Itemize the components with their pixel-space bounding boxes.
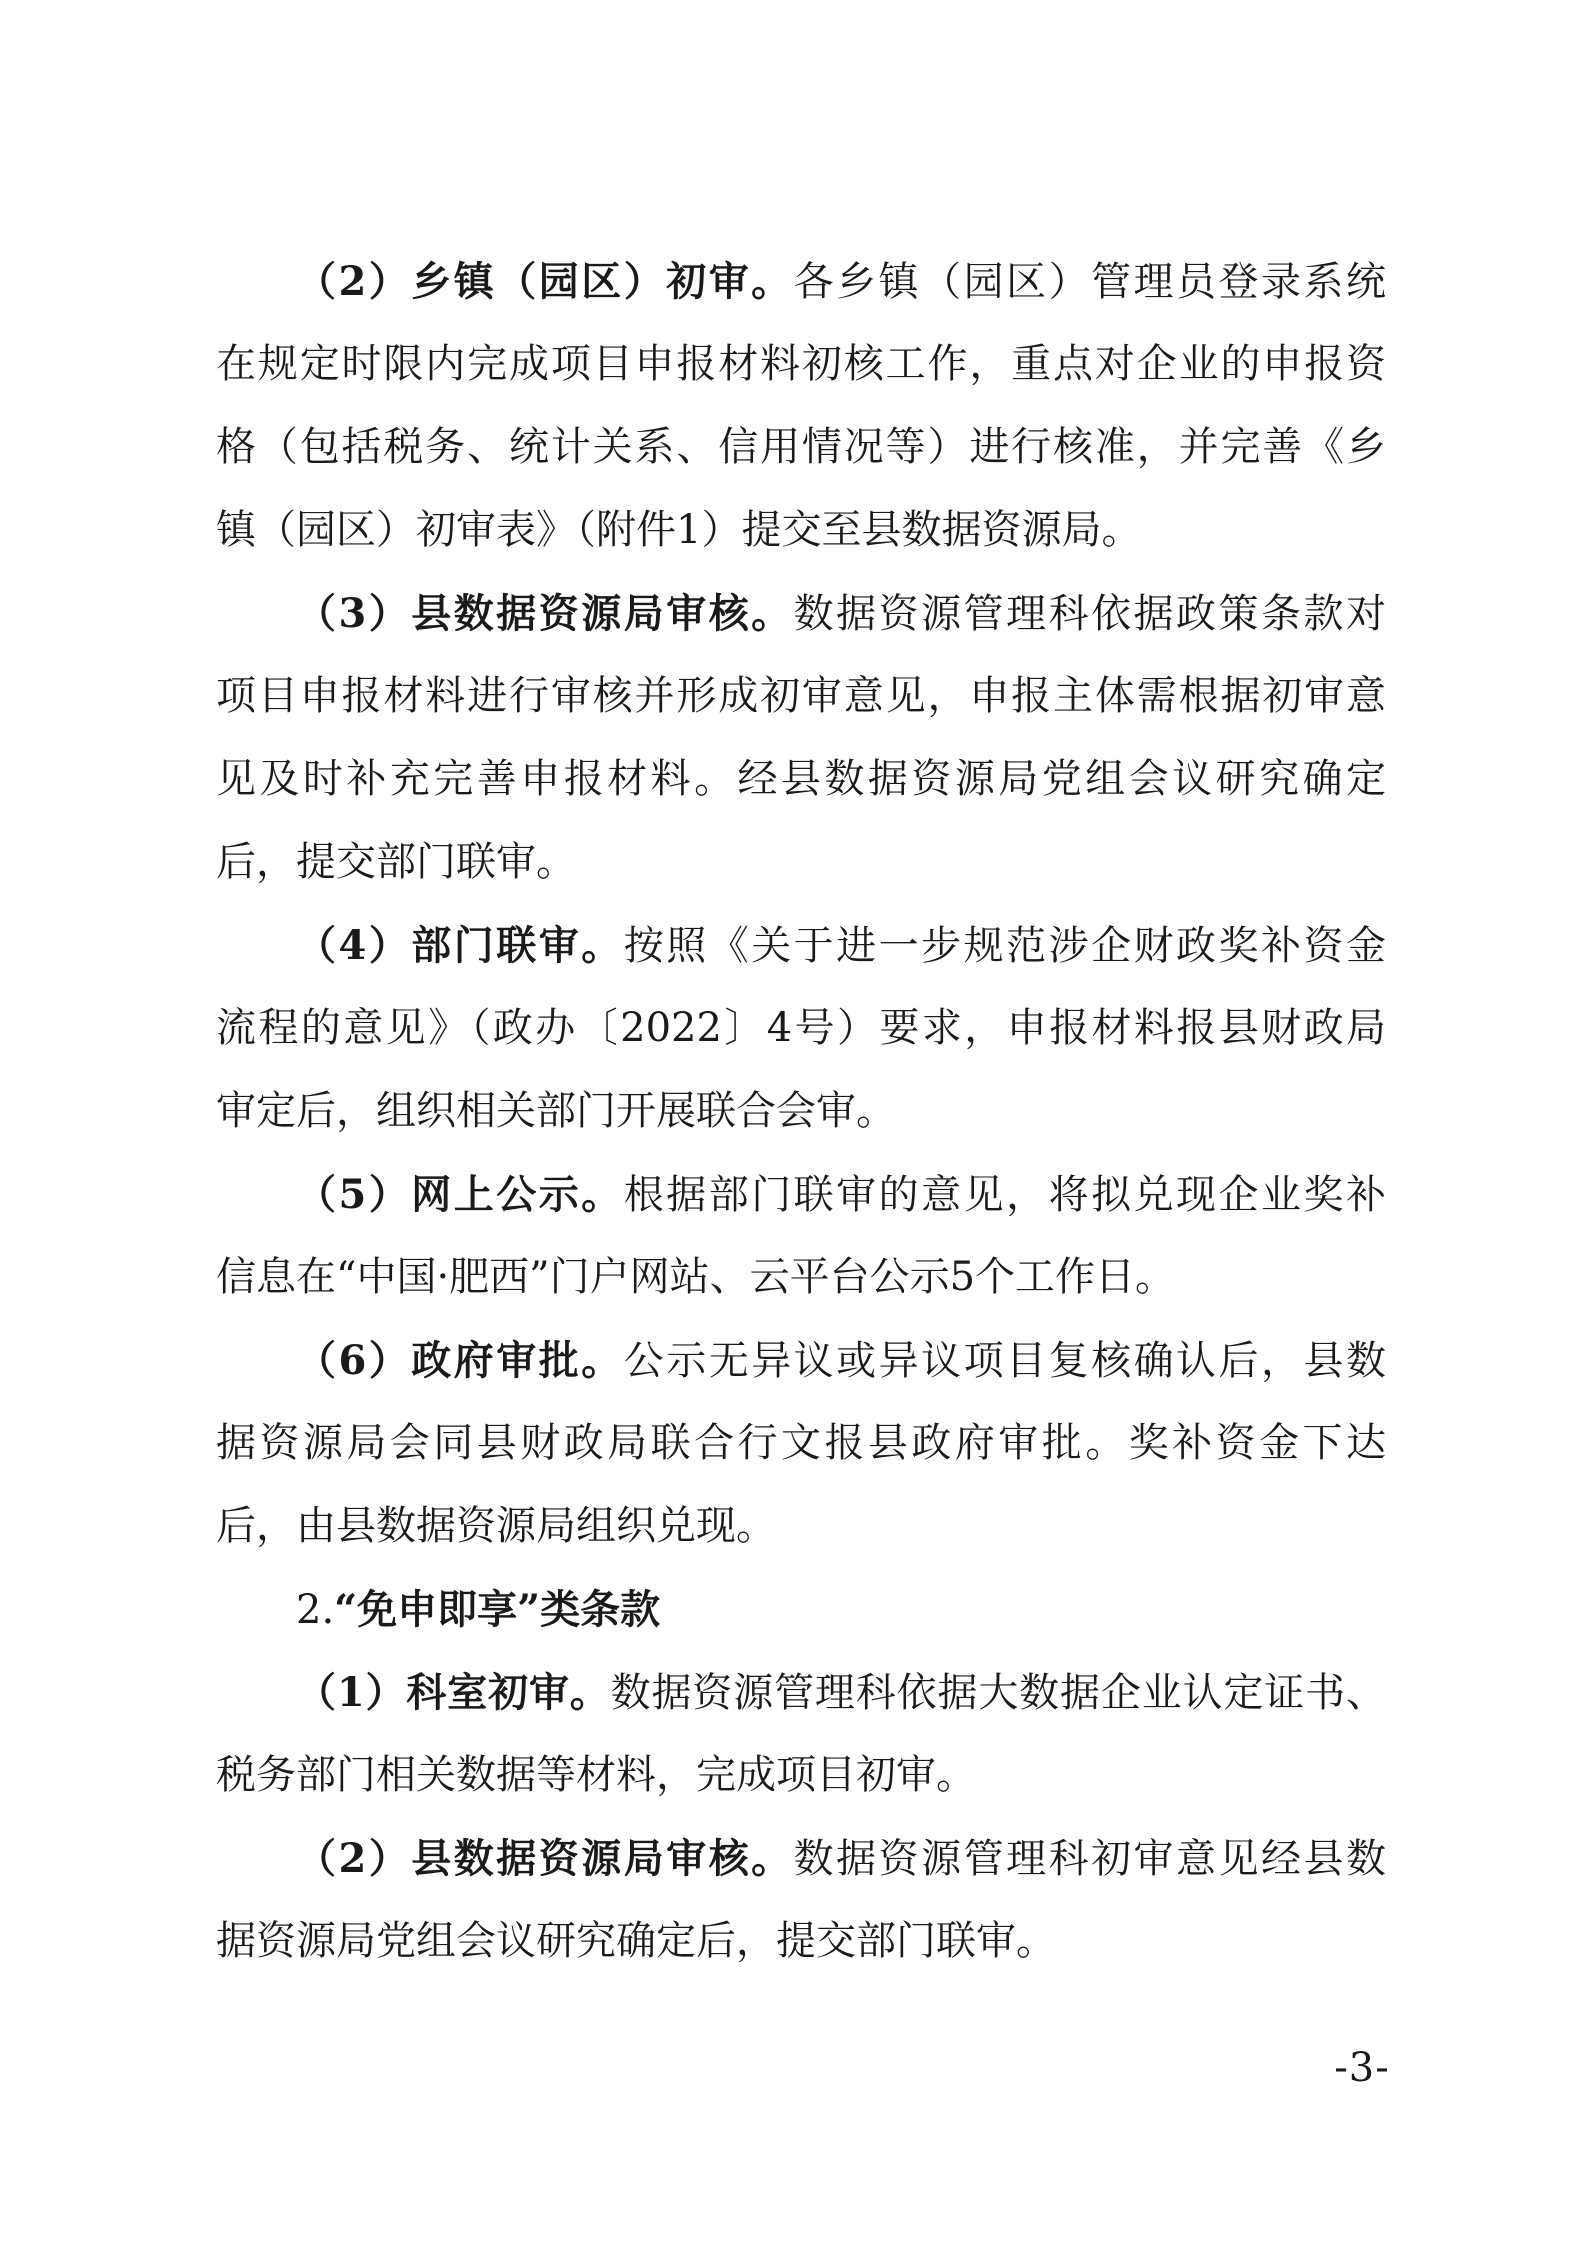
text-line: 在规定时限内完成项目申报材料初核工作，重点对企业的申报资 — [216, 323, 1386, 406]
text-line: （6）政府审批。公示无异议或异议项目复核确认后，县数 — [216, 1319, 1386, 1402]
text-line: 项目申报材料进行审核并形成初审意见，申报主体需根据初审意 — [216, 655, 1386, 738]
text-segment: 审定后，组织相关部门开展联合会审。 — [216, 1088, 896, 1134]
text-line: 流程的意见》（政办〔2022〕4号）要求，申报材料报县财政局 — [216, 987, 1386, 1070]
text-segment: 流程的意见》（政办〔2022〕4号）要求，申报材料报县财政局 — [216, 1005, 1386, 1051]
bold-text-segment: （2）县数据资源局审核。 — [296, 1835, 794, 1882]
text-line: 见及时补充完善申报材料。经县数据资源局党组会议研究确定 — [216, 738, 1386, 821]
text-line: （2）县数据资源局审核。数据资源管理科初审意见经县数 — [216, 1817, 1386, 1900]
bold-text-segment: （1）科室初审。 — [296, 1669, 611, 1716]
text-segment: 见及时补充完善申报材料。经县数据资源局党组会议研究确定 — [216, 756, 1386, 802]
text-line: （5）网上公示。根据部门联审的意见，将拟兑现企业奖补 — [216, 1153, 1386, 1236]
document-page: （2）乡镇（园区）初审。各乡镇（园区）管理员登录系统在规定时限内完成项目申报材料… — [0, 0, 1587, 2245]
text-line: 后，提交部门联审。 — [216, 821, 1386, 904]
text-segment: 据资源局党组会议研究确定后，提交部门联审。 — [216, 1918, 1056, 1964]
text-line: 据资源局会同县财政局联合行文报县政府审批。奖补资金下达 — [216, 1402, 1386, 1485]
text-segment: 镇（园区）初审表》（附件1）提交至县数据资源局。 — [216, 507, 1141, 553]
text-segment: 信息在“中国·肥西”门户网站、云平台公示5个工作日。 — [216, 1254, 1175, 1300]
bold-text-segment: （5）网上公示。 — [296, 1171, 624, 1218]
text-segment: 税务部门相关数据等材料，完成项目初审。 — [216, 1752, 976, 1798]
text-segment: 各乡镇（园区）管理员登录系统 — [794, 259, 1386, 305]
text-line: （2）乡镇（园区）初审。各乡镇（园区）管理员登录系统 — [216, 240, 1386, 323]
text-line: 格（包括税务、统计关系、信用情况等）进行核准，并完善《乡 — [216, 406, 1386, 489]
text-line: 2.“免申即享”类条款 — [216, 1568, 1386, 1651]
text-segment: 根据部门联审的意见，将拟兑现企业奖补 — [624, 1172, 1386, 1218]
text-line: 审定后，组织相关部门开展联合会审。 — [216, 1070, 1386, 1153]
bold-text-segment: （2）乡镇（园区）初审。 — [296, 258, 794, 305]
bold-text-segment: “免申即享”类条款 — [334, 1586, 660, 1633]
document-body: （2）乡镇（园区）初审。各乡镇（园区）管理员登录系统在规定时限内完成项目申报材料… — [216, 240, 1386, 1983]
text-segment: 格（包括税务、统计关系、信用情况等）进行核准，并完善《乡 — [216, 424, 1386, 470]
page-number: -3- — [1322, 2038, 1402, 2098]
text-segment: 据资源局会同县财政局联合行文报县政府审批。奖补资金下达 — [216, 1420, 1386, 1466]
text-line: 据资源局党组会议研究确定后，提交部门联审。 — [216, 1900, 1386, 1983]
text-segment: 按照《关于进一步规范涉企财政奖补资金 — [624, 923, 1386, 969]
text-line: （1）科室初审。数据资源管理科依据大数据企业认定证书、 — [216, 1651, 1386, 1734]
text-segment: 数据资源管理科初审意见经县数 — [794, 1836, 1386, 1882]
text-segment: 后，由县数据资源局组织兑现。 — [216, 1503, 776, 1549]
text-segment: 数据资源管理科依据大数据企业认定证书、 — [611, 1670, 1386, 1716]
text-line: 镇（园区）初审表》（附件1）提交至县数据资源局。 — [216, 489, 1386, 572]
text-segment: 后，提交部门联审。 — [216, 839, 576, 885]
text-segment: 项目申报材料进行审核并形成初审意见，申报主体需根据初审意 — [216, 673, 1386, 719]
text-segment: 公示无异议或异议项目复核确认后，县数 — [624, 1338, 1386, 1384]
text-line: （3）县数据资源局审核。数据资源管理科依据政策条款对 — [216, 572, 1386, 655]
text-segment: 数据资源管理科依据政策条款对 — [794, 591, 1386, 637]
text-line: （4）部门联审。按照《关于进一步规范涉企财政奖补资金 — [216, 904, 1386, 987]
text-segment: 在规定时限内完成项目申报材料初核工作，重点对企业的申报资 — [216, 341, 1386, 387]
bold-text-segment: （6）政府审批。 — [296, 1337, 624, 1384]
bold-text-segment: （4）部门联审。 — [296, 922, 624, 969]
text-line: 信息在“中国·肥西”门户网站、云平台公示5个工作日。 — [216, 1236, 1386, 1319]
text-line: 税务部门相关数据等材料，完成项目初审。 — [216, 1734, 1386, 1817]
text-line: 后，由县数据资源局组织兑现。 — [216, 1485, 1386, 1568]
text-segment: 2. — [296, 1587, 334, 1633]
bold-text-segment: （3）县数据资源局审核。 — [296, 590, 794, 637]
